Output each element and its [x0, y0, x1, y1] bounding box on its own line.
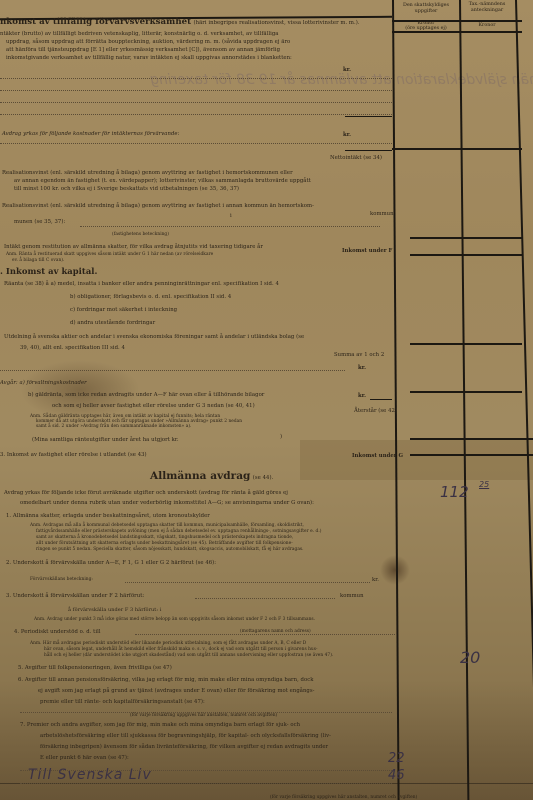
item-7: 7. Premier och andra avgifter, som jag f…: [20, 722, 300, 728]
rule: [410, 454, 533, 456]
rule: [410, 254, 522, 256]
text-line: ntäkter (brutto) av tillfälligt bedriven…: [0, 31, 279, 37]
rule: [410, 438, 533, 440]
mina-ranteutgifter: (Mina samtliga ränteutgifter under året …: [32, 437, 179, 443]
text-line: Avdrag yrkas för följande icke förut avr…: [4, 490, 288, 496]
rule: [410, 343, 522, 345]
restitution-line: Intäkt genom restitution av allmänna ska…: [4, 244, 263, 250]
allmanna-avdrag-title: Allmänna avdrag: [150, 470, 250, 482]
item-6-cont: ej avgift som jag erlagt på grund av tjä…: [38, 688, 314, 694]
kommun-label: kommun: [370, 211, 394, 217]
rule: [392, 148, 522, 150]
text-line: att hänföra till tjänsteuppdrag [E 1] el…: [6, 47, 280, 53]
item-3: 3. Underskott å förvärvskällan under F 2…: [6, 593, 144, 599]
anm-note: samt å sid. 2 under »Avdrag från den sam…: [36, 424, 191, 429]
header-col2-title: Tax.-nämndens anteckningar: [461, 2, 513, 13]
text-line: Räanta (se 38) å a) medel, insatta i ban…: [4, 281, 279, 287]
p4-entry-line[interactable]: [135, 634, 395, 635]
p4-caption: (mottagarens namn och adress): [240, 629, 311, 634]
netto-label: Nettointäkt (se 34): [330, 155, 382, 161]
handwritten-periodiskt[interactable]: 20: [460, 648, 480, 667]
tax-form-page: Allmän självdeklaration att avlämnas år …: [0, 0, 533, 800]
text-line: munen (se 35, 37):: [14, 219, 65, 225]
anm-note: Anm. Avdrag under punkt 3 må icke göras …: [34, 617, 315, 622]
section-title: nkomst av tillfällig förvärvsverksamhet: [0, 17, 191, 27]
section-title: . Inkomst av kapital.: [0, 267, 98, 275]
text-line: 39, 40), allt enl. specifikation III sid…: [20, 345, 125, 351]
header-col2-unit: Kronor: [461, 23, 513, 29]
text-line: omedelbart under denna rubrik utan under…: [20, 500, 314, 506]
text-line: Realisationsvinst (enl. särskild utredni…: [2, 170, 293, 176]
text-line: c) fordringar mot säkerhet i inteckning: [70, 307, 177, 313]
kr-label: kr.: [343, 67, 351, 73]
item-6: 6. Avgifter till annan pensionsförsäkrin…: [18, 677, 314, 683]
summa-label: Summa av 1 och 2: [334, 352, 384, 358]
text-line: d) andra utestående fordringar: [70, 320, 155, 326]
text-line: b) obligationer, förlagsbevis o. d. enl.…: [70, 294, 231, 300]
aterstar-label: Återstår (se 42): [354, 408, 397, 414]
anm-note: ev. å bilaga till C ovan).: [12, 258, 64, 263]
anm-note: Anm. Avdragas må alla å kommunal debetse…: [30, 523, 304, 528]
p6-caption: (för varje försäkring uppgives här ansta…: [130, 713, 277, 718]
entry-line[interactable]: [0, 90, 392, 91]
kommun-label: kommun: [340, 593, 364, 599]
text-line: b) gäldränta, som icke redan avdragits u…: [28, 392, 264, 398]
kr-label: kr.: [358, 393, 366, 399]
header-col1-note: (öre upptages ej): [394, 26, 458, 32]
text-line: Realisationsvinst (enl. särskild utredni…: [2, 203, 314, 209]
p7-caption: (för varje försäkring uppgives här ansta…: [270, 795, 417, 800]
anm-note: håll och ej heller (där understödet icke…: [44, 653, 333, 658]
p3-entry-line[interactable]: [195, 598, 335, 599]
subtotal-rule: [370, 399, 392, 400]
property-caption: (fastighetens beteckning): [112, 232, 169, 237]
handwritten-p7-entry[interactable]: Till Svenska Liv: [28, 767, 152, 783]
allmanna-avdrag-note: (se 44).: [253, 475, 274, 481]
i-label: i: [230, 213, 232, 219]
inkomst-f-label: Inkomst under F: [342, 248, 392, 254]
item-5: 5. Avgifter till folkpensioneringen, äve…: [18, 665, 172, 671]
anm-note: Anm. Ränta å restituerad skatt uppgives …: [6, 252, 213, 257]
subtotal-rule: [345, 116, 392, 117]
text-line: 3. Inkomst av fastighet eller rörelse i …: [0, 452, 147, 458]
entry-line[interactable]: [0, 114, 392, 115]
rule: [410, 237, 522, 239]
item-7-cont: försäkring inbegripen) ävensom för sådan…: [40, 744, 328, 750]
anm-note: fattigvårdssamhälle eller prästerskapets…: [36, 529, 321, 534]
item-7-cont: arbetslöshetsförsäkring eller till sjukk…: [40, 733, 331, 739]
handwritten-allmanna-skatter-ore[interactable]: 25: [479, 480, 489, 489]
bleed-through-text: Allmän självdeklaration att avlämnas år …: [150, 72, 533, 88]
subtotal-rule: [345, 150, 392, 151]
fold-band: [300, 440, 533, 480]
text-line: och som ej heller avser fastighet eller …: [52, 403, 255, 409]
handwritten-p7-value1[interactable]: 22: [388, 751, 405, 766]
entry-line[interactable]: [0, 102, 392, 103]
stain: [20, 360, 140, 420]
handwritten-p7-value2[interactable]: 46: [388, 768, 405, 783]
anm-note: allt under förutsättning att skatterna e…: [36, 541, 293, 546]
text-line: uppdrag, såsom uppdrag att förrätta boup…: [6, 39, 290, 45]
column-divider: [515, 0, 533, 800]
entry-line[interactable]: [0, 78, 392, 79]
text-line: Utdelning å svenska aktier och andelar i…: [4, 334, 304, 340]
item-2: 2. Underskott å förvärvskälla under A—E,…: [6, 560, 216, 566]
p7-entry-line[interactable]: [20, 783, 392, 784]
item-3b: å förvärvskälla under F 3 härförut: i: [68, 608, 161, 613]
avgar-line: Avgår: a) förvaltningskostnader: [0, 380, 87, 386]
header-col1-title: Den skattskyldiges uppgifter: [394, 3, 458, 14]
kr-label: kr.: [343, 132, 351, 138]
text-line: inkomstgivande verksamhet av tillfällig …: [6, 55, 292, 61]
property-entry-line[interactable]: [80, 226, 380, 227]
bracket: ): [280, 434, 282, 440]
entry-line[interactable]: [0, 370, 345, 371]
rule: [410, 391, 522, 393]
kr-label: kr.: [372, 577, 379, 583]
column-divider: [459, 0, 469, 800]
text-line: av annan egendom än fastighet (t. ex. vä…: [14, 178, 311, 184]
section-title-note: (häri inbegripes realisationsvinst, viss…: [194, 20, 360, 26]
p2-label: Förvärvskällans beteckning:: [30, 577, 93, 582]
anm-note: samt av skatterna å kronodebetsedel land…: [36, 535, 293, 540]
anm-note: här ovan, såsom legat, underhåll åt hems…: [44, 647, 318, 652]
inkomst-g-label: Inkomst under G: [352, 453, 403, 459]
entry-line[interactable]: [0, 143, 392, 144]
handwritten-allmanna-skatter[interactable]: 112: [440, 483, 469, 501]
anm-note: ringen se punkt 5 nedan. Speciella skatt…: [36, 547, 304, 552]
anm-note: Anm. Här må avdragas periodiskt understö…: [30, 641, 306, 646]
text-line: till minst 100 kr. och vilka ej i Sverig…: [14, 186, 239, 192]
kr-label: kr.: [358, 365, 366, 371]
deductions-label: Avdrag yrkas för följande kostnader för …: [2, 131, 179, 137]
p2-entry-line[interactable]: [125, 582, 370, 583]
item-7-cont: E eller punkt 6 här ovan (se 47):: [40, 755, 129, 761]
item-1: 1. Allmänna skatter, erlagda under beska…: [6, 513, 210, 519]
item-6-cont: premie eller till ränte- och kapitalförs…: [40, 699, 205, 705]
item-4: 4. Periodiskt understöd o. d. till: [14, 629, 101, 635]
column-divider: [392, 0, 400, 800]
